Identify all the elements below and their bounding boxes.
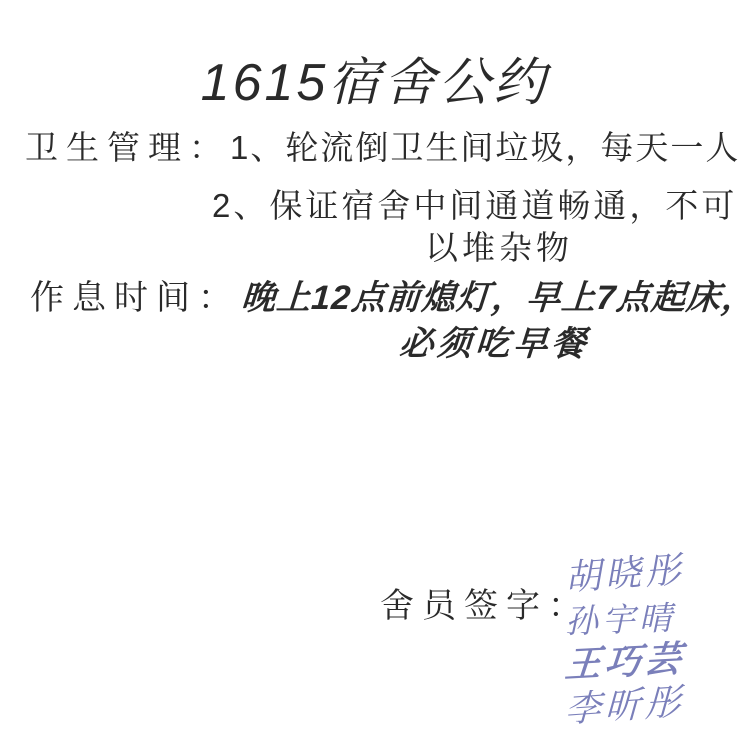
signature-name-4: 李昕彤 xyxy=(564,679,745,728)
signature-column: 胡晓彤 孙宇晴 王巧芸 李昕彤 xyxy=(565,560,745,737)
hygiene-rule-2-continued: 以堆杂物 xyxy=(425,228,573,268)
signature-label: 舍员签字： xyxy=(380,578,590,627)
schedule-rule-continued: 必须吃早餐 xyxy=(398,324,591,365)
schedule-rule-text: 晚上12点前熄灯，早上7点起床， xyxy=(240,278,749,319)
hygiene-rule-1-text: 1、轮流倒卫生间垃圾，每天一人 xyxy=(230,128,740,168)
hygiene-rule-line-1: 卫生管理：1、轮流倒卫生间垃圾，每天一人 xyxy=(25,128,740,168)
page-title: 1615宿舍公约 xyxy=(0,40,749,115)
schedule-rule-line-1: 作息时间：晚上12点前熄灯，早上7点起床， xyxy=(30,278,749,319)
dorm-agreement-sheet: 1615宿舍公约 卫生管理：1、轮流倒卫生间垃圾，每天一人 2、保证宿舍中间通道… xyxy=(0,0,749,742)
hygiene-section-label: 卫生管理： xyxy=(25,128,230,168)
signature-name-2: 孙宇晴 xyxy=(564,599,745,638)
signature-name-1: 胡晓彤 xyxy=(564,547,746,595)
signature-name-3: 王巧芸 xyxy=(563,637,746,683)
hygiene-rule-2-text: 2、保证宿舍中间通道畅通，不可 xyxy=(212,186,737,226)
schedule-section-label: 作息时间： xyxy=(30,278,240,319)
